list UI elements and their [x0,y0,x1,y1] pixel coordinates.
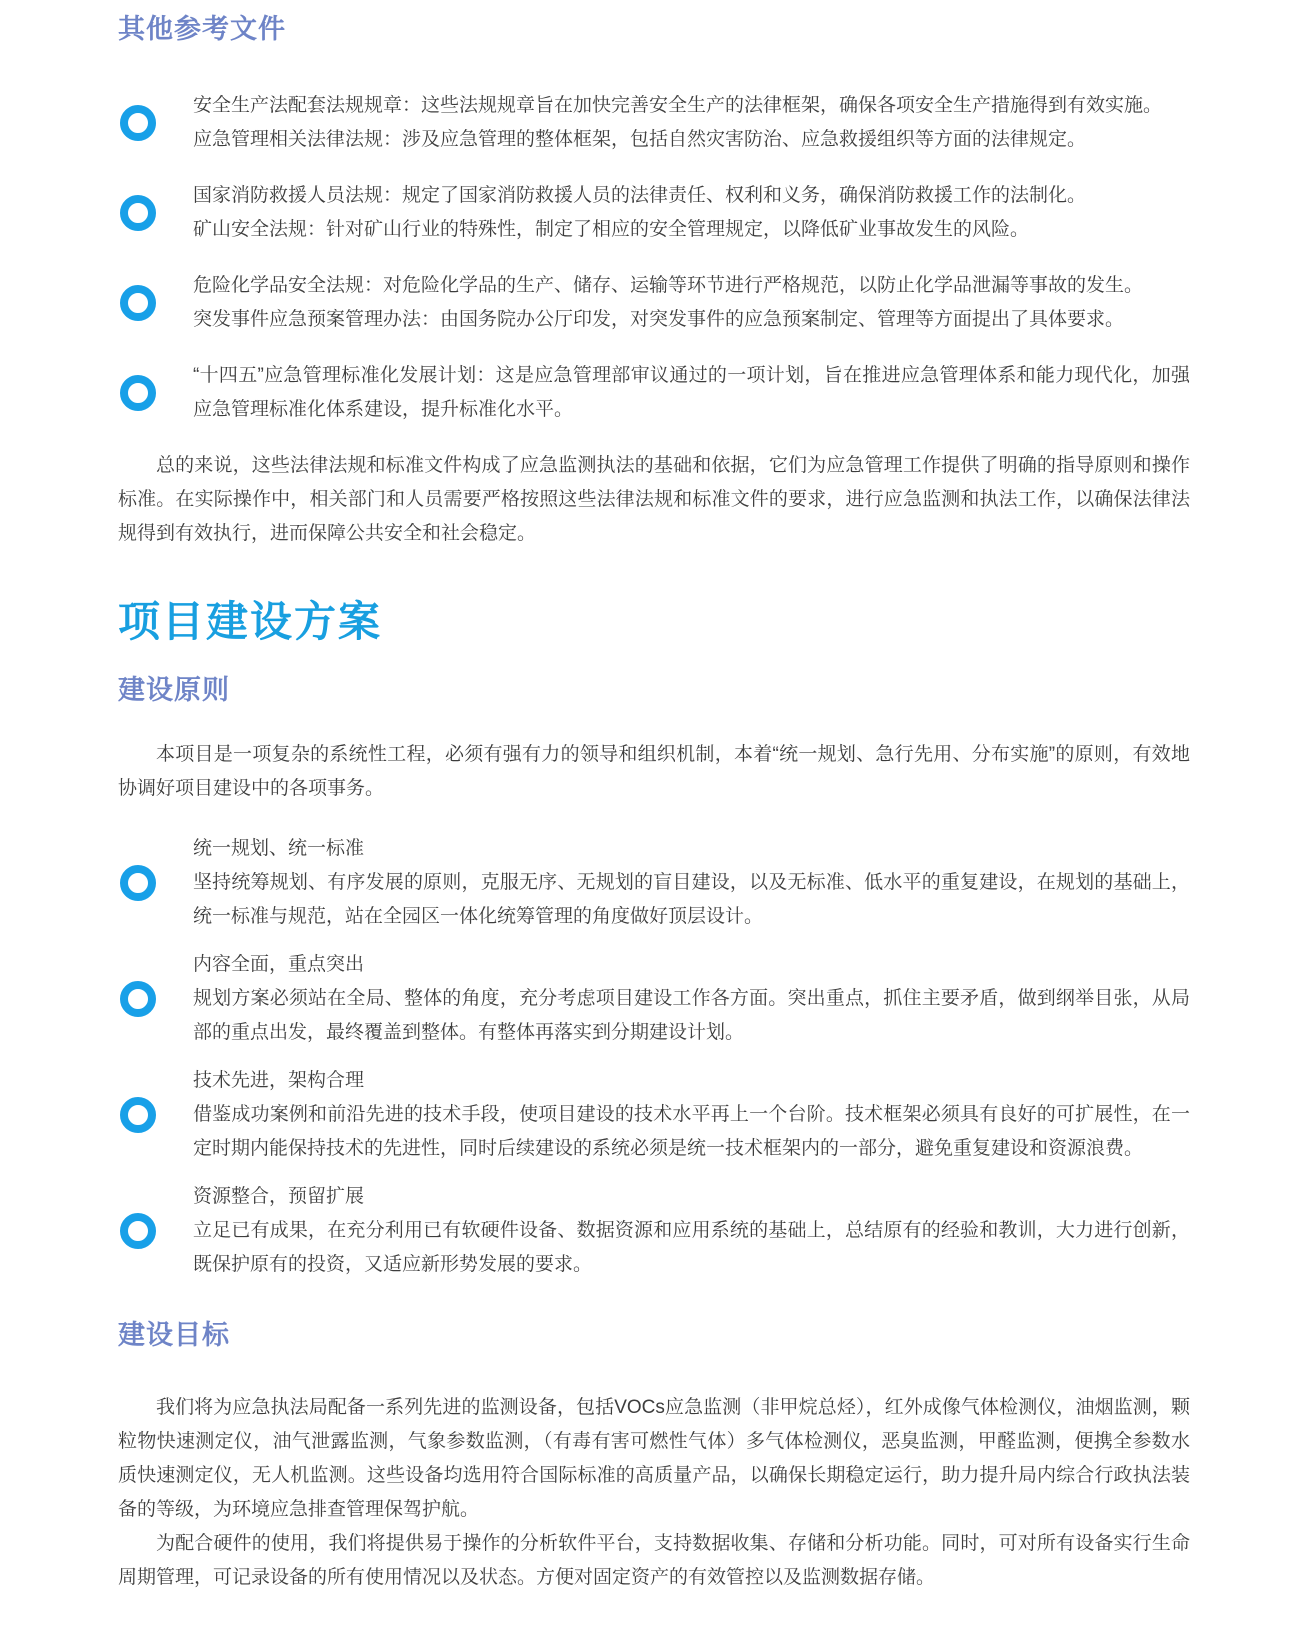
bullet-ring-icon [120,981,156,1017]
reference-item: 危险化学品安全法规：对危险化学品的生产、储存、运输等环节进行严格规范，以防止化学… [118,269,1190,337]
reference-line: “十四五”应急管理标准化发展计划：这是应急管理部审议通过的一项计划，旨在推进应急… [193,359,1190,427]
principle-item-text: 技术先进，架构合理 借鉴成功案例和前沿先进的技术手段，使项目建设的技术水平再上一… [193,1064,1190,1166]
reference-item-text: “十四五”应急管理标准化发展计划：这是应急管理部审议通过的一项计划，旨在推进应急… [193,359,1190,427]
section-title-goals: 建设目标 [118,1320,1190,1351]
bullet-ring-icon [120,865,156,901]
principles-intro-paragraph: 本项目是一项复杂的系统性工程，必须有强有力的领导和组织机制，本着“统一规划、急行… [118,738,1190,806]
principle-item-text: 内容全面，重点突出 规划方案必须站在全局、整体的角度，充分考虑项目建设工作各方面… [193,948,1190,1050]
principles-list: 统一规划、统一标准 坚持统筹规划、有序发展的原则，克服无序、无规划的盲目建设，以… [118,832,1190,1282]
principle-body: 借鉴成功案例和前沿先进的技术手段，使项目建设的技术水平再上一个台阶。技术框架必须… [193,1098,1190,1166]
reference-item: 安全生产法配套法规规章：这些法规规章旨在加快完善安全生产的法律框架，确保各项安全… [118,89,1190,157]
chapter-title-project-plan: 项目建设方案 [118,599,1190,645]
bullet-ring-icon [120,195,156,231]
document-page: 其他参考文件 安全生产法配套法规规章：这些法规规章旨在加快完善安全生产的法律框架… [0,0,1308,1635]
bullet-ring-icon [120,285,156,321]
principle-title: 内容全面，重点突出 [193,948,1190,982]
reference-item-text: 国家消防救援人员法规：规定了国家消防救援人员的法律责任、权利和义务，确保消防救援… [193,179,1190,247]
bullet-ring-icon [120,375,156,411]
reference-item: “十四五”应急管理标准化发展计划：这是应急管理部审议通过的一项计划，旨在推进应急… [118,359,1190,427]
section-title-principles: 建设原则 [118,675,1190,706]
principle-item-text: 统一规划、统一标准 坚持统筹规划、有序发展的原则，克服无序、无规划的盲目建设，以… [193,832,1190,934]
reference-line: 危险化学品安全法规：对危险化学品的生产、储存、运输等环节进行严格规范，以防止化学… [193,269,1190,303]
section-title-other-references: 其他参考文件 [118,14,1190,45]
principle-item: 技术先进，架构合理 借鉴成功案例和前沿先进的技术手段，使项目建设的技术水平再上一… [118,1064,1190,1166]
reference-line: 国家消防救援人员法规：规定了国家消防救援人员的法律责任、权利和义务，确保消防救援… [193,179,1190,213]
principle-item: 资源整合，预留扩展 立足已有成果，在充分利用已有软硬件设备、数据资源和应用系统的… [118,1180,1190,1282]
principle-title: 资源整合，预留扩展 [193,1180,1190,1214]
reference-item-text: 安全生产法配套法规规章：这些法规规章旨在加快完善安全生产的法律框架，确保各项安全… [193,89,1190,157]
reference-line: 应急管理相关法律法规：涉及应急管理的整体框架，包括自然灾害防治、应急救援组织等方… [193,123,1190,157]
reference-item-text: 危险化学品安全法规：对危险化学品的生产、储存、运输等环节进行严格规范，以防止化学… [193,269,1190,337]
goals-paragraph: 为配合硬件的使用，我们将提供易于操作的分析软件平台，支持数据收集、存储和分析功能… [118,1527,1190,1595]
reference-line: 矿山安全法规：针对矿山行业的特殊性，制定了相应的安全管理规定，以降低矿业事故发生… [193,213,1190,247]
principle-title: 统一规划、统一标准 [193,832,1190,866]
bullet-ring-icon [120,1097,156,1133]
reference-line: 突发事件应急预案管理办法：由国务院办公厅印发，对突发事件的应急预案制定、管理等方… [193,303,1190,337]
references-summary-paragraph: 总的来说，这些法律法规和标准文件构成了应急监测执法的基础和依据，它们为应急管理工… [118,449,1190,551]
bullet-ring-icon [120,1213,156,1249]
principle-item-text: 资源整合，预留扩展 立足已有成果，在充分利用已有软硬件设备、数据资源和应用系统的… [193,1180,1190,1282]
reference-item: 国家消防救援人员法规：规定了国家消防救援人员的法律责任、权利和义务，确保消防救援… [118,179,1190,247]
goals-paragraph: 我们将为应急执法局配备一系列先进的监测设备，包括VOCs应急监测（非甲烷总烃），… [118,1391,1190,1527]
principle-body: 规划方案必须站在全局、整体的角度，充分考虑项目建设工作各方面。突出重点，抓住主要… [193,982,1190,1050]
principle-item: 内容全面，重点突出 规划方案必须站在全局、整体的角度，充分考虑项目建设工作各方面… [118,948,1190,1050]
principle-item: 统一规划、统一标准 坚持统筹规划、有序发展的原则，克服无序、无规划的盲目建设，以… [118,832,1190,934]
reference-line: 安全生产法配套法规规章：这些法规规章旨在加快完善安全生产的法律框架，确保各项安全… [193,89,1190,123]
principle-body: 坚持统筹规划、有序发展的原则，克服无序、无规划的盲目建设，以及无标准、低水平的重… [193,866,1190,934]
reference-list: 安全生产法配套法规规章：这些法规规章旨在加快完善安全生产的法律框架，确保各项安全… [118,89,1190,427]
bullet-ring-icon [120,105,156,141]
principle-title: 技术先进，架构合理 [193,1064,1190,1098]
principle-body: 立足已有成果，在充分利用已有软硬件设备、数据资源和应用系统的基础上，总结原有的经… [193,1214,1190,1282]
